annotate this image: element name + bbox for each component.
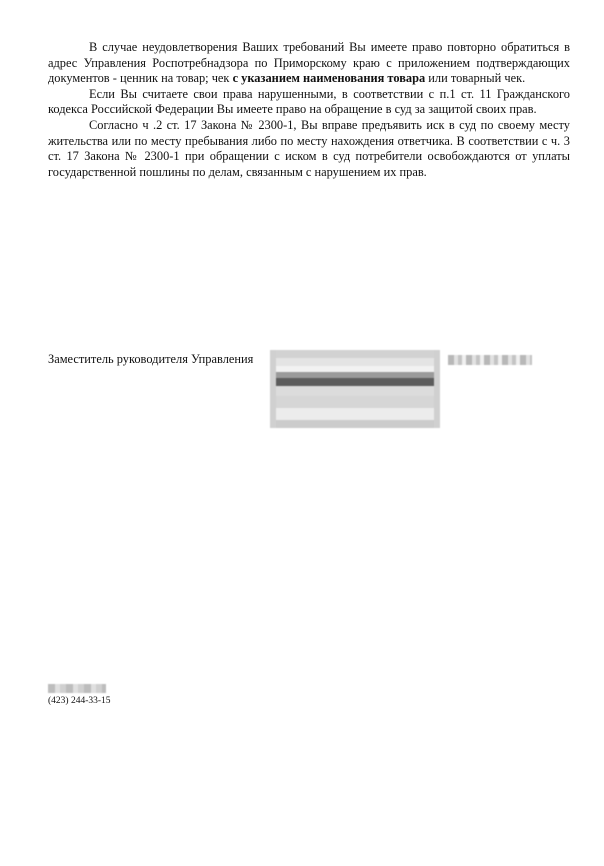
signatory-title: Заместитель руководителя Управления — [48, 352, 253, 367]
redacted-signature-stamp — [270, 350, 440, 428]
paragraph-text: или товарный чек. — [425, 71, 525, 85]
paragraph-text: Если Вы считаете свои права нарушенными,… — [48, 87, 570, 117]
document-page: В случае неудовлетворения Ваших требован… — [0, 0, 604, 866]
emphasized-text: с указанием наименования товара — [233, 71, 426, 85]
paragraph: Если Вы считаете свои права нарушенными,… — [48, 87, 570, 118]
paragraph: Согласно ч .2 ст. 17 Закона № 2300-1, Вы… — [48, 118, 570, 180]
document-body: В случае неудовлетворения Ваших требован… — [48, 40, 570, 180]
redacted-executor-name — [48, 684, 106, 693]
executor-phone: (423) 244-33-15 — [48, 696, 111, 706]
redacted-signatory-name — [448, 355, 532, 365]
paragraph-text: Согласно ч .2 ст. 17 Закона № 2300-1, Вы… — [48, 118, 570, 179]
paragraph: В случае неудовлетворения Ваших требован… — [48, 40, 570, 87]
